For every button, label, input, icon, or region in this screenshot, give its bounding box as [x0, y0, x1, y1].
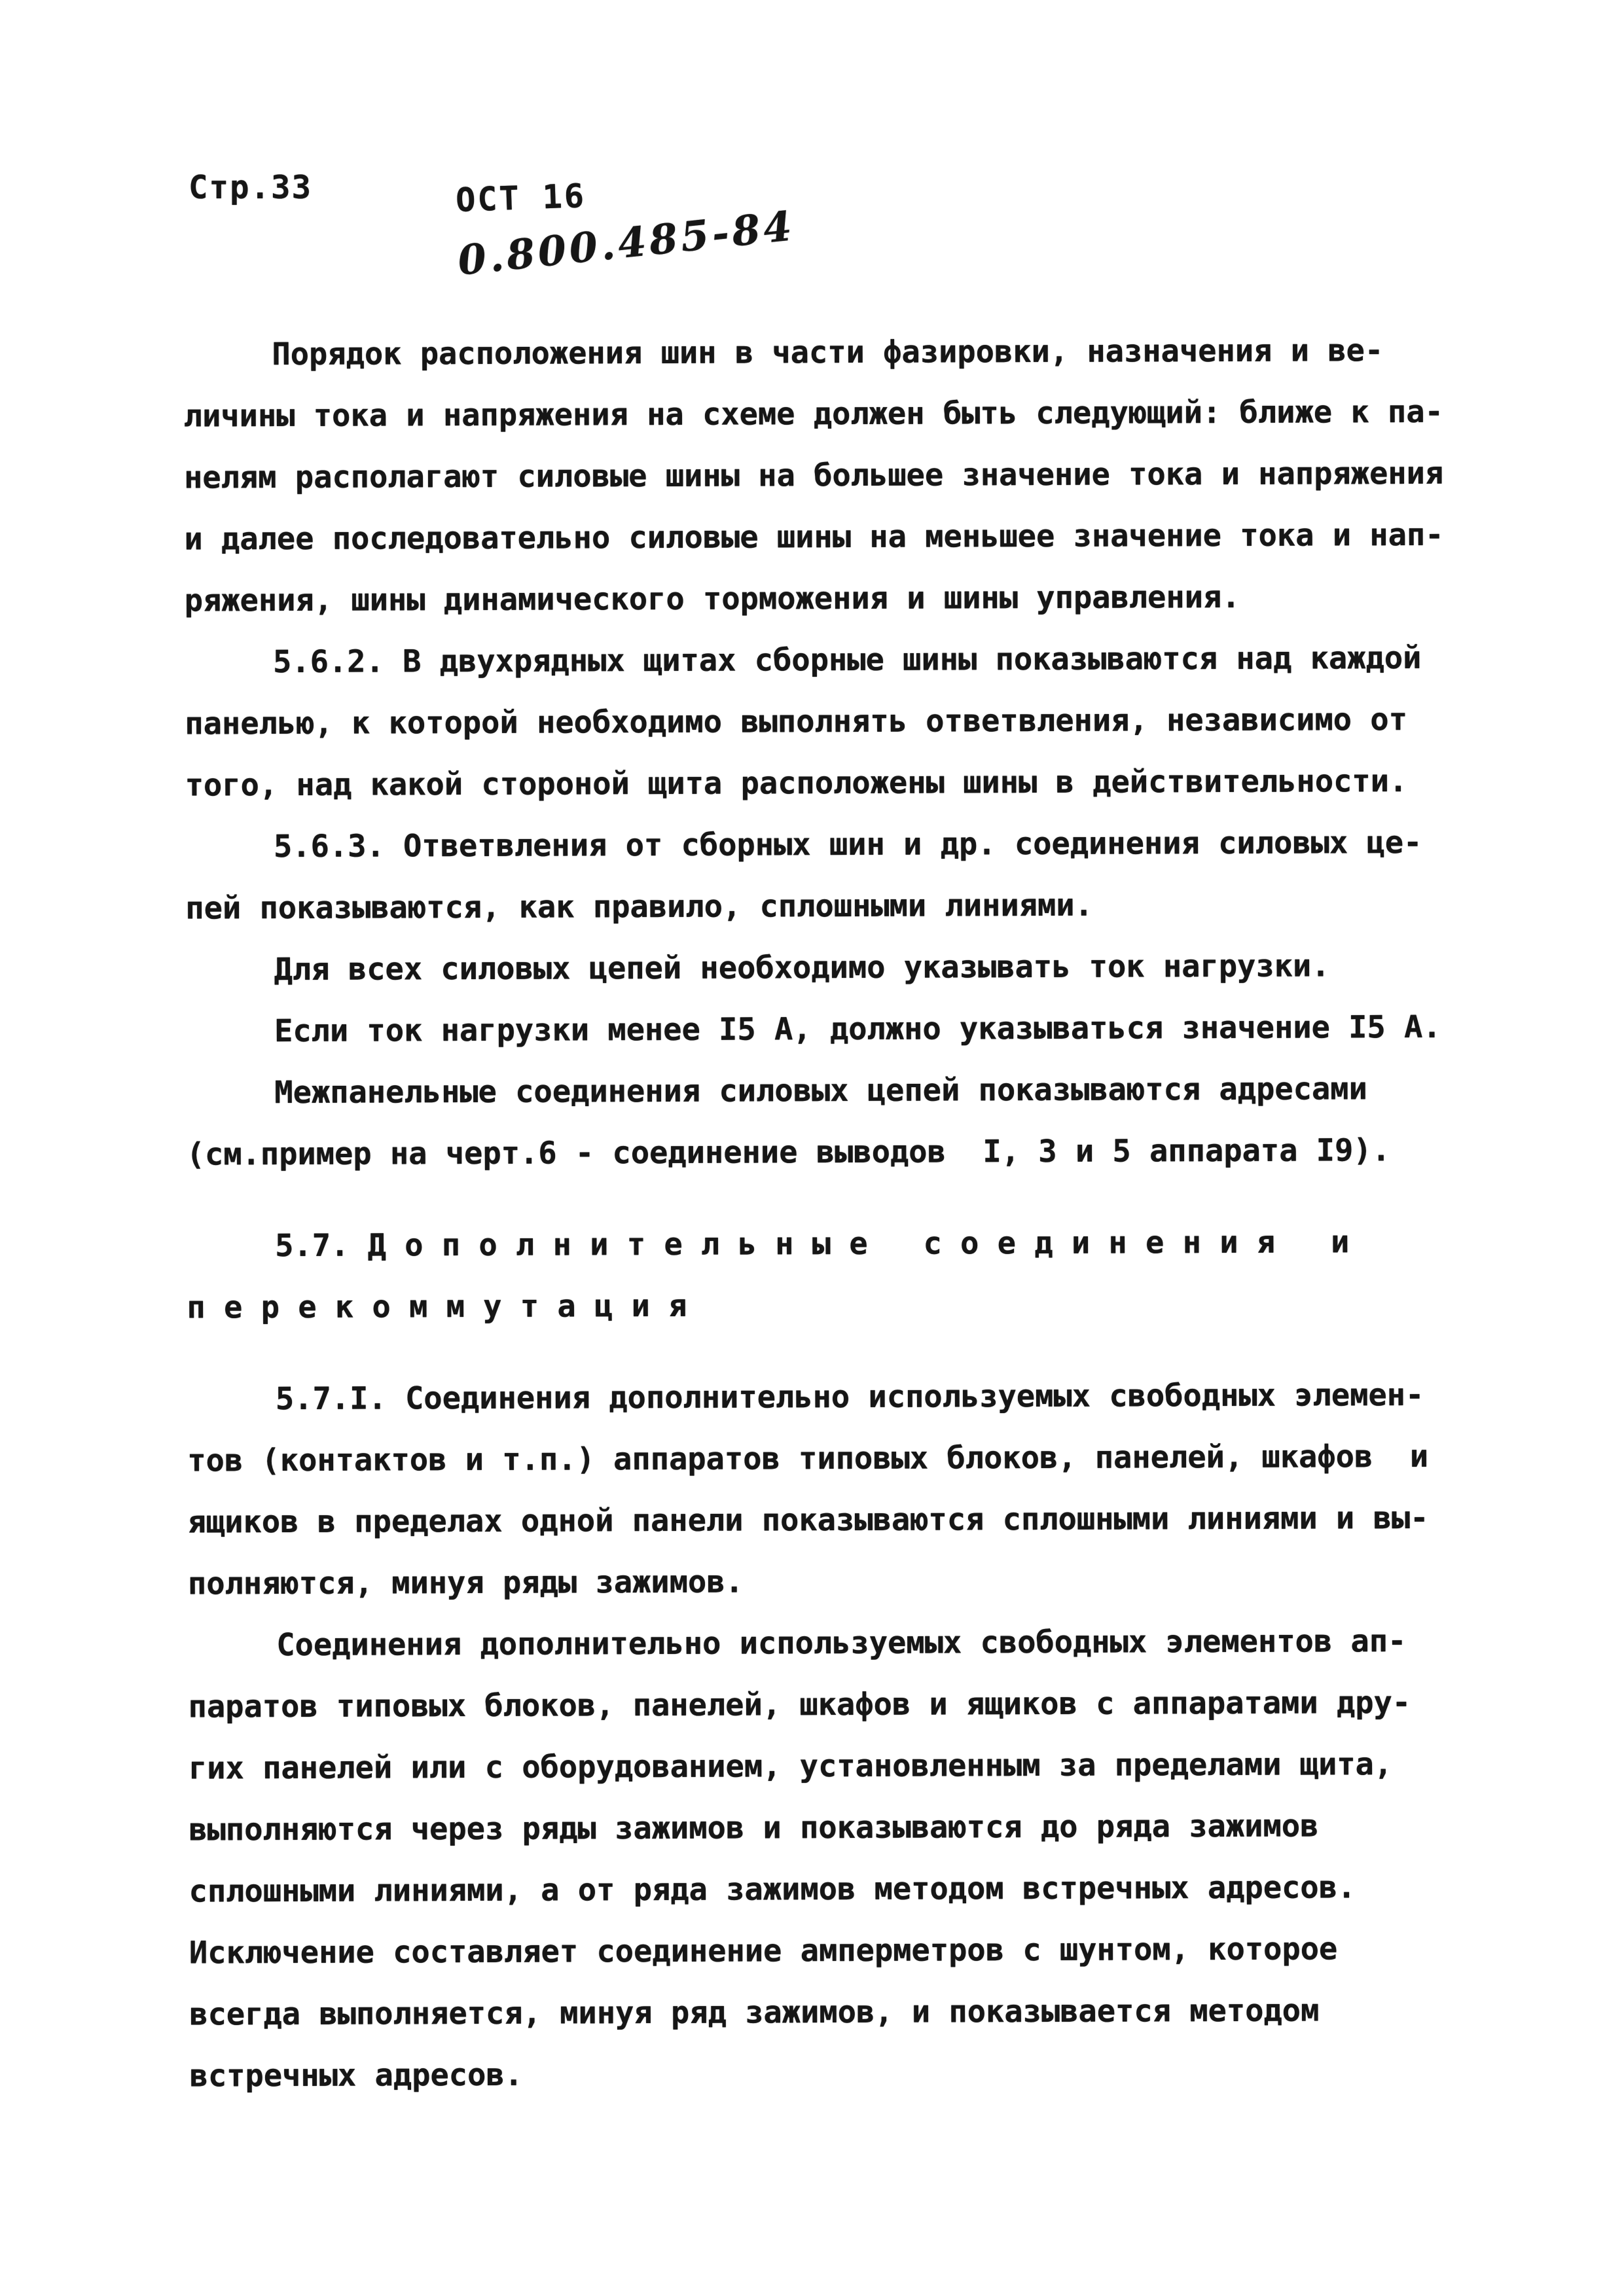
document-body: Порядок расположения шин в части фазиров… — [183, 319, 1518, 2107]
text-line: 5.6.3. Ответвления от сборных шин и др. … — [185, 812, 1514, 878]
text-line: Для всех силовых цепей необходимо указыв… — [186, 935, 1515, 1001]
scanned-document-page: Стр.33 ОСТ 16 0.800.485-84 Порядок распо… — [0, 0, 1624, 2296]
text-line: личины тока и напряжения на схеме должен… — [184, 381, 1513, 447]
text-line: и далее последовательно силовые шины на … — [184, 504, 1513, 570]
text-line: ряжения, шины динамического торможения и… — [185, 565, 1513, 632]
text-line: гих панелей или с оборудованием, установ… — [189, 1733, 1517, 1799]
text-line: паратов типовых блоков, панелей, шкафов … — [188, 1672, 1517, 1738]
text-line: (см.пример на черт.6 - соединение выводо… — [187, 1119, 1515, 1185]
text-line: 5.7.I. Соединения дополнительно использу… — [187, 1364, 1516, 1430]
text-line: полняются, минуя ряды зажимов. — [188, 1549, 1517, 1615]
page-number-label: Стр.33 — [189, 169, 312, 206]
text-line: панелью, к которой необходимо выполнять … — [185, 689, 1513, 755]
text-line: Межпанельные соединения силовых цепей по… — [186, 1058, 1515, 1124]
text-line: 5.6.2. В двухрядных щитах сборные шины п… — [185, 627, 1513, 693]
text-line: всегда выполняется, минуя ряд зажимов, и… — [189, 1979, 1518, 2045]
text-line: ящиков в пределах одной панели показываю… — [187, 1487, 1516, 1553]
text-line: 5.7. Д о п о л н и т е л ь н ы е с о е д… — [187, 1211, 1515, 1277]
text-line: Исключение составляет соединение амперме… — [189, 1918, 1518, 1984]
text-line: Порядок расположения шин в части фазиров… — [183, 319, 1512, 386]
page-header: Стр.33 ОСТ 16 0.800.485-84 — [0, 162, 1624, 241]
standard-number-typed: ОСТ 16 — [455, 177, 586, 219]
text-line: сплошными линиями, а от ряда зажимов мет… — [189, 1856, 1517, 1922]
standard-number: ОСТ 16 0.800.485-84 — [417, 157, 797, 293]
text-line: Соединения дополнительно используемых св… — [188, 1610, 1517, 1676]
text-line: пей показываются, как правило, сплошными… — [185, 873, 1514, 939]
text-line: встречных адресов. — [189, 2041, 1518, 2107]
text-line: того, над какой стороной щита расположен… — [185, 750, 1514, 816]
text-line: выполняются через ряды зажимов и показыв… — [189, 1795, 1517, 1861]
text-line: нелям располагают силовые шины на больше… — [184, 442, 1513, 509]
text-line: п е р е к о м м у т а ц и я — [187, 1272, 1515, 1338]
text-line: тов (контактов и т.п.) аппаратов типовых… — [187, 1426, 1516, 1492]
text-line: Если ток нагрузки менее I5 А, должно ука… — [186, 996, 1515, 1062]
